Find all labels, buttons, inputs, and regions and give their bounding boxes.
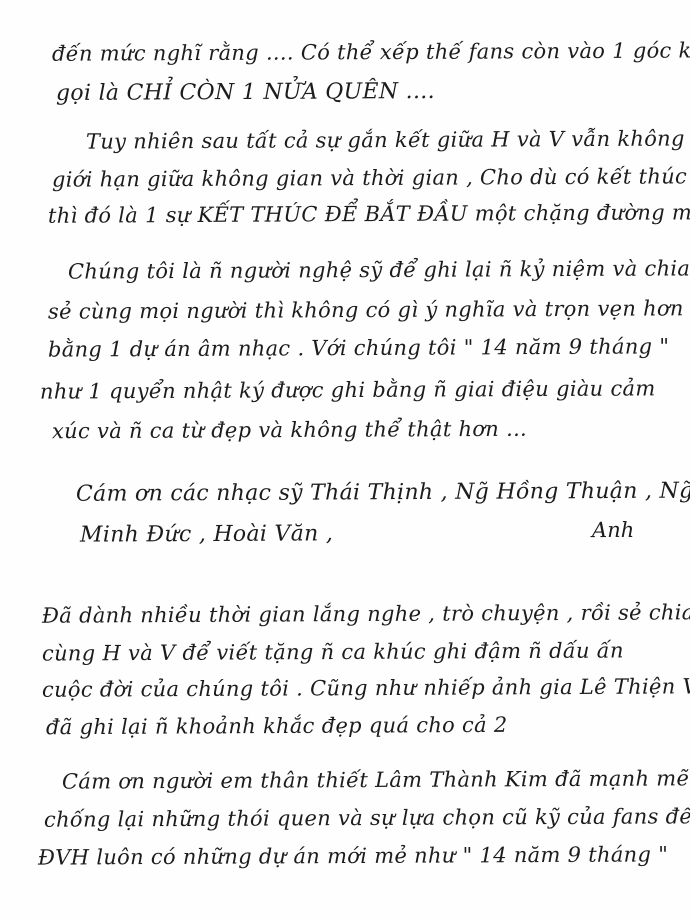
handwritten-line: như 1 quyển nhật ký được ghi bằng ñ giai… bbox=[40, 376, 656, 404]
handwritten-line: Chúng tôi là ñ người nghệ sỹ để ghi lại … bbox=[68, 256, 690, 284]
handwritten-line: giới hạn giữa không gian và thời gian , … bbox=[52, 164, 687, 193]
handwritten-page: đến mức nghĩ rằng .... Có thể xếp thế fa… bbox=[0, 0, 690, 919]
handwritten-line: Tuy nhiên sau tất cả sự gắn kết giữa H v… bbox=[86, 126, 690, 154]
handwritten-line: đến mức nghĩ rằng .... Có thể xếp thế fa… bbox=[52, 38, 690, 67]
handwritten-line: ĐVH luôn có những dự án mới mẻ như " 14 … bbox=[38, 842, 668, 870]
handwritten-line: cuộc đời của chúng tôi . Cũng như nhiếp … bbox=[42, 674, 690, 703]
handwritten-line: Đã dành nhiều thời gian lắng nghe , trò … bbox=[42, 600, 690, 629]
handwritten-line: cùng H và V để viết tặng ñ ca khúc ghi đ… bbox=[42, 638, 624, 666]
handwritten-line: thì đó là 1 sự KẾT THÚC ĐỂ BẮT ĐẦU một c… bbox=[48, 200, 690, 229]
handwritten-line: đã ghi lại ñ khoảnh khắc đẹp quá cho cả … bbox=[46, 713, 508, 741]
handwritten-line-title: gọi là CHỈ CÒN 1 NỬA QUÊN .... bbox=[56, 79, 435, 107]
handwritten-line: xúc và ñ ca từ đẹp và không thể thật hơn… bbox=[52, 417, 527, 445]
handwritten-line: chống lại những thói quen và sự lựa chọn… bbox=[44, 804, 690, 833]
handwritten-line-fragment: Anh bbox=[592, 518, 634, 542]
handwritten-line-credits: Minh Đức , Hoài Văn , bbox=[80, 521, 333, 549]
handwritten-line: Cám ơn người em thân thiết Lâm Thành Kim… bbox=[62, 766, 689, 794]
handwritten-line: sẻ cùng mọi người thì không có gì ý nghĩ… bbox=[48, 296, 684, 325]
handwritten-line-credits: Cám ơn các nhạc sỹ Thái Thịnh , Ng̃ Hồng… bbox=[76, 478, 690, 508]
handwritten-line: bằng 1 dự án âm nhạc . Với chúng tôi " 1… bbox=[48, 334, 669, 362]
